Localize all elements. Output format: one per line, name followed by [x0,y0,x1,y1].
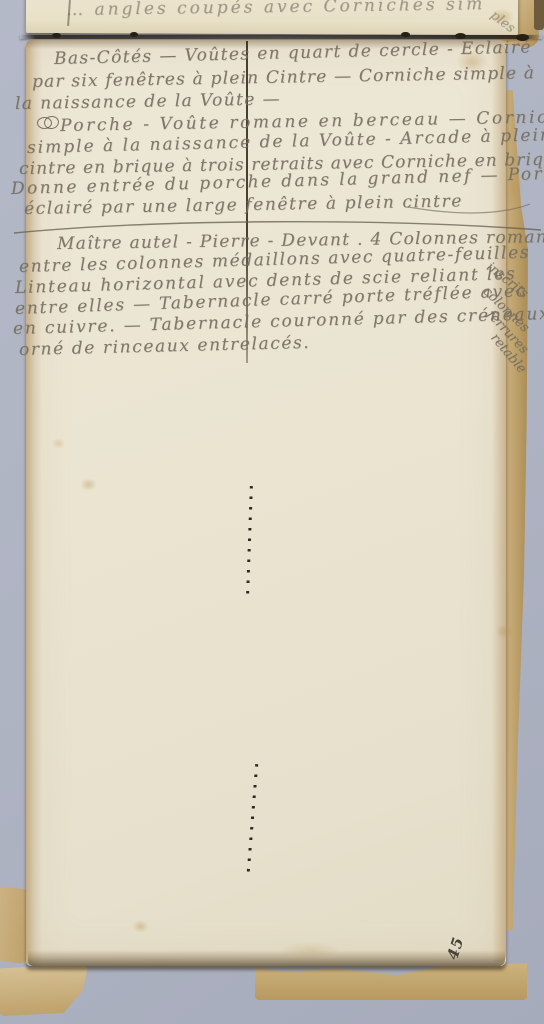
scribble-mark [37,116,59,130]
under-page-edge-bottom [255,960,527,1000]
foxing-stain [495,624,514,639]
stitch-mark [130,32,138,37]
stitch-mark [401,32,410,37]
foxing-stain [490,8,514,26]
cover-edge-top-right [534,0,544,30]
photo-backdrop: … angles coupés avec Corniches sim ples … [0,0,544,1024]
page-edge-bottom [28,950,505,966]
foxing-stain [132,920,149,933]
foxing-stain [52,438,65,449]
stitch-mark [52,33,61,38]
foxing-stain [80,478,97,491]
under-page-tear-bottom-left [0,964,91,1017]
foxing-stain [278,942,342,959]
